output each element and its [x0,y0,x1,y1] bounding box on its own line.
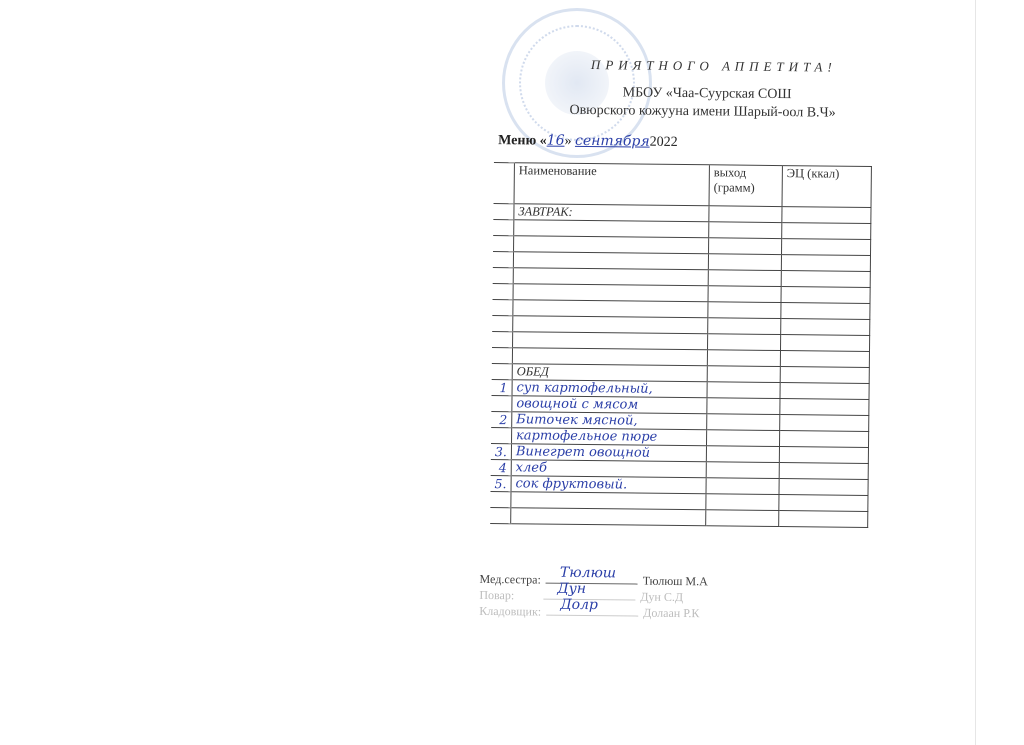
menu-document: ПРИЯТНОГО АППЕТИТА! МБОУ «Чаа-Суурская С… [0,0,1024,745]
handwritten-signature: Дун [557,581,586,597]
dish-name: овощной с мясом [516,396,638,412]
menu-date: Меню «16» сентября2022 [498,132,678,151]
school-name-line1: МБОУ «Чаа-Суурская СОШ [623,85,792,103]
table-row [490,508,868,528]
signature-storekeeper: Кладовщик: Долр Долаан Р.К [479,604,699,621]
col-name-header: Наименование [514,163,709,206]
dish-name: картофельное пюре [516,428,657,444]
menu-year: 2022 [650,135,678,150]
signature-nurse: Мед.сестра: Тюлюш Тюлюш М.А [480,572,708,589]
menu-day: 16 [547,133,565,149]
menu-table: Наименование выход (грамм) ЭЦ (ккал) ЗАВ… [490,162,872,528]
breakfast-label: ЗАВТРАК: [514,204,709,222]
dish-name: сок фруктовый. [515,476,627,492]
menu-month: сентября [575,133,650,150]
handwritten-signature: Тюлюш [560,565,616,582]
table-header-row: Наименование выход (грамм) ЭЦ (ккал) [494,163,872,208]
dish-name: Винегрет овощной [516,444,650,460]
menu-date-sep: » [564,134,575,149]
handwritten-signature: Долр [560,597,598,613]
dish-name: хлеб [516,460,547,475]
dish-name: суп картофельный, [516,380,652,396]
col-output-header: выход (грамм) [709,165,782,207]
slogan: ПРИЯТНОГО АППЕТИТА! [591,57,837,76]
school-name-line2: Овюрского кожууна имени Шарый-оол В.Ч» [569,103,835,122]
col-kcal-header: ЭЦ (ккал) [782,166,871,208]
dish-name: Биточек мясной, [516,412,637,428]
menu-label: Меню « [498,133,547,149]
lunch-label: ОБЕД [512,364,707,382]
